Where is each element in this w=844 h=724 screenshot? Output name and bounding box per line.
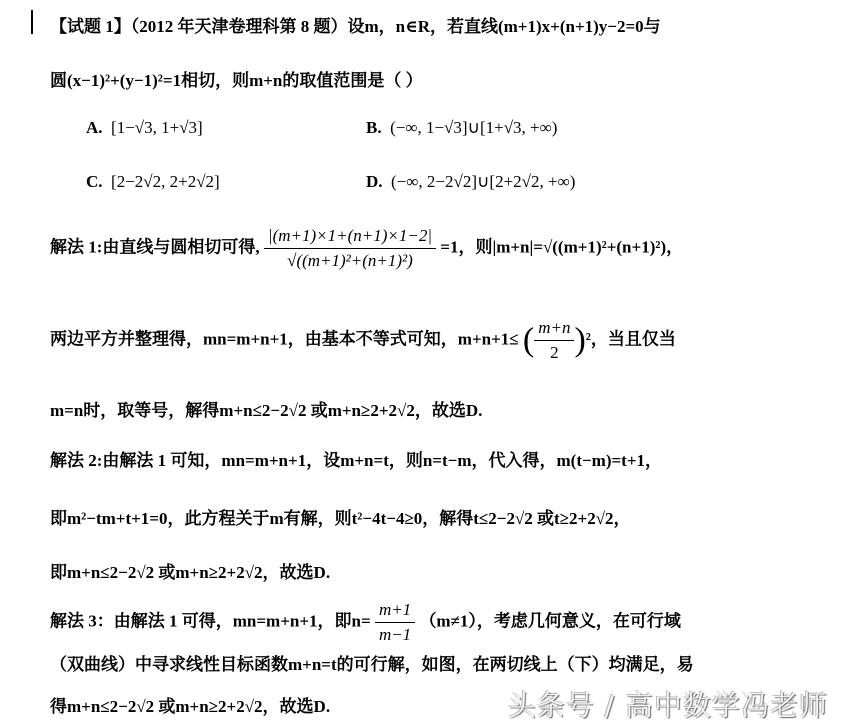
text: ²，当且仅当 [586, 329, 676, 348]
option-label: B. [366, 118, 382, 137]
option-a: A. [1−√3, 1+√3] [86, 118, 203, 138]
fraction-numerator: m+1 [375, 600, 415, 623]
solution2-line-3: 即m+n≤2−2√2 或m+n≥2+2√2，故选D. [50, 558, 330, 583]
option-label: A. [86, 118, 103, 137]
text: （m≠1），考虑几何意义，在可行域 [419, 611, 681, 630]
fraction-denominator: 2 [534, 341, 574, 363]
solution1-line-1: 解法 1:由直线与圆相切可得, |(m+1)×1+(n+1)×1−2| √((m… [50, 226, 683, 271]
option-c: C. [2−2√2, 2+2√2] [86, 172, 220, 192]
option-d: D. (−∞, 2−2√2]∪[2+2√2, +∞) [366, 172, 575, 192]
fraction-denominator: √((m+1)²+(n+1)²) [264, 249, 436, 271]
solution1-after: =1，则|m+n|=√((m+1)²+(n+1)²)， [440, 237, 683, 256]
fraction-numerator: |(m+1)×1+(n+1)×1−2| [264, 226, 436, 249]
option-value: (−∞, 1−√3]∪[1+√3, +∞) [390, 118, 557, 137]
problem-line-2: 圆(x−1)²+(y−1)²=1相切，则m+n的取值范围是（ ） [50, 66, 423, 91]
solution2-line-1: 解法 2:由解法 1 可知，mn=m+n+1，设m+n=t，则n=t−m，代入得… [50, 446, 662, 471]
option-value: [1−√3, 1+√3] [111, 118, 203, 137]
watermark: 头条号 / 高中数学冯老师 [508, 684, 828, 724]
solution2-line-2: 即m²−tm+t+1=0，此方程关于m有解，则t²−4t−4≥0，解得t≤2−2… [50, 504, 631, 529]
fraction-numerator: m+n [534, 318, 574, 341]
solution1-line-2: 两边平方并整理得，mn=m+n+1，由基本不等式可知，m+n+1≤ ( m+n … [50, 318, 676, 363]
solution3-line-2: （双曲线）中寻求线性目标函数m+n=t的可行解，如图，在两切线上（下）均满足，易 [50, 650, 694, 675]
option-value: (−∞, 2−2√2]∪[2+2√2, +∞) [391, 172, 575, 191]
solution1-line-3: m=n时，取等号，解得m+n≤2−2√2 或m+n≥2+2√2，故选D. [50, 396, 482, 421]
hyperbola-fraction: m+1 m−1 [375, 600, 415, 645]
solution3-line-1: 解法 3：由解法 1 可得，mn=m+n+1，即n= m+1 m−1 （m≠1）… [50, 600, 681, 645]
solution1-lead: 解法 1:由直线与圆相切可得, [50, 237, 260, 256]
text: 解法 3：由解法 1 可得，mn=m+n+1，即n= [50, 611, 371, 630]
option-label: D. [366, 172, 383, 191]
solution3-line-3: 得m+n≤2−2√2 或m+n≥2+2√2，故选D. [50, 692, 330, 717]
problem-line-1: 【试题 1】（2012 年天津卷理科第 8 题）设m，n∈R，若直线(m+1)x… [50, 12, 661, 37]
problem-header: 【试题 1】（2012 年天津卷理科第 8 题） [50, 17, 348, 36]
am-gm-fraction: m+n 2 [534, 318, 574, 363]
distance-fraction: |(m+1)×1+(n+1)×1−2| √((m+1)²+(n+1)²) [264, 226, 436, 271]
margin-bar [31, 10, 33, 34]
text: 两边平方并整理得，mn=m+n+1，由基本不等式可知，m+n+1≤ [50, 329, 519, 348]
option-b: B. (−∞, 1−√3]∪[1+√3, +∞) [366, 118, 557, 138]
option-value: [2−2√2, 2+2√2] [111, 172, 220, 191]
problem-stem-1: 设m，n∈R，若直线(m+1)x+(n+1)y−2=0与 [348, 17, 661, 36]
fraction-denominator: m−1 [375, 623, 415, 645]
option-label: C. [86, 172, 103, 191]
